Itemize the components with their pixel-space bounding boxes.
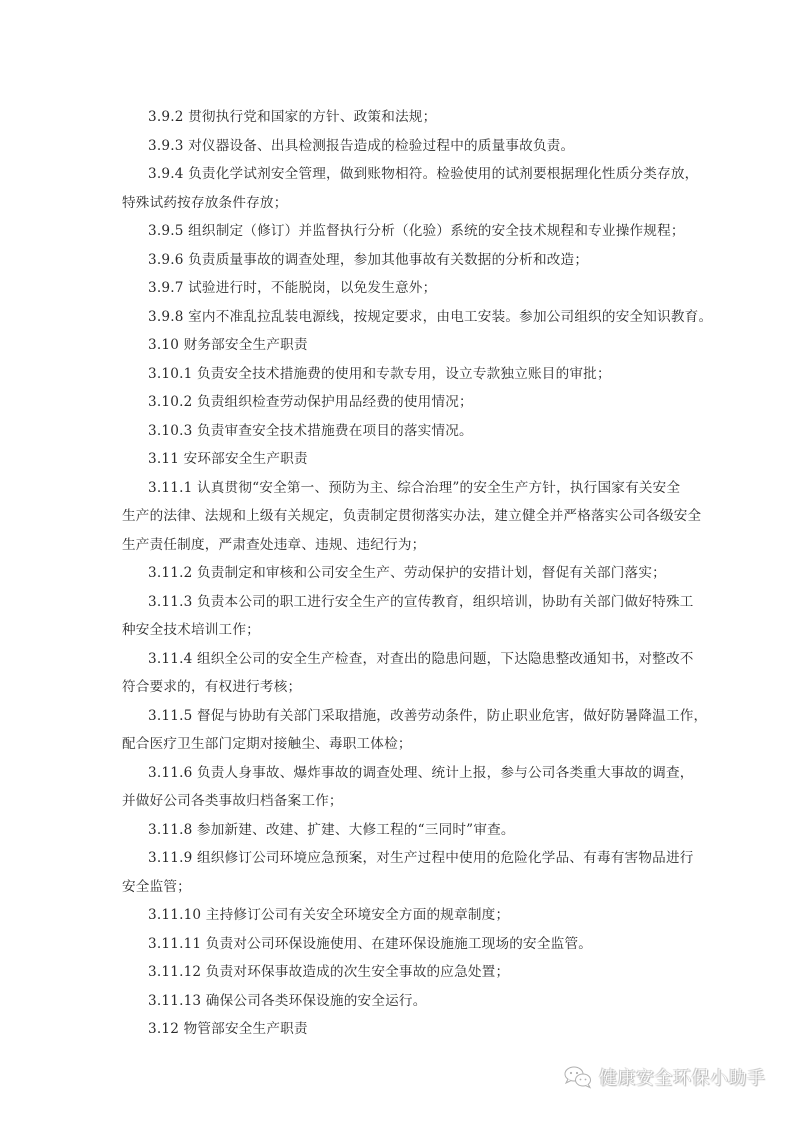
- doc-line-3-9-6: 3.9.6 负责质量事故的调查处理，参加其他事故有关数据的分析和改造；: [122, 246, 678, 275]
- wechat-icon: [563, 1065, 593, 1089]
- section-heading-3-11: 3.11 安环部安全生产职责: [122, 445, 678, 474]
- doc-line-3-11-4-cont: 符合要求的，有权进行考核；: [122, 673, 678, 702]
- doc-line-3-10-1: 3.10.1 负责安全技术措施费的使用和专款专用，设立专款独立账目的审批；: [122, 360, 678, 389]
- doc-line-3-11-1-cont-2: 生产责任制度，严肃查处违章、违规、违纪行为；: [122, 531, 678, 560]
- doc-line-3-9-7: 3.9.7 试验进行时，不能脱岗，以免发生意外；: [122, 274, 678, 303]
- document-page: 3.9.2 贯彻执行党和国家的方针、政策和法规； 3.9.3 对仪器设备、出具检…: [122, 103, 678, 1044]
- doc-line-3-11-9: 3.11.9 组织修订公司环境应急预案，对生产过程中使用的危险化学品、有毒有害物…: [122, 844, 678, 873]
- doc-line-3-11-6-cont: 并做好公司各类事故归档备案工作；: [122, 787, 678, 816]
- watermark-text: 健康安全环保小助手: [599, 1064, 766, 1090]
- doc-line-3-11-5-cont: 配合医疗卫生部门定期对接触尘、毒职工体检；: [122, 730, 678, 759]
- doc-line-3-11-3: 3.11.3 负责本公司的职工进行安全生产的宣传教育，组织培训，协助有关部门做好…: [122, 588, 678, 617]
- doc-line-3-11-1-cont-1: 生产的法律、法规和上级有关规定，负责制定贯彻落实办法，建立健全并严格落实公司各级…: [122, 502, 678, 531]
- doc-line-3-11-4: 3.11.4 组织全公司的安全生产检查，对查出的隐患问题，下达隐患整改通知书，对…: [122, 645, 678, 674]
- doc-line-3-11-1: 3.11.1 认真贯彻“安全第一、预防为主、综合治理”的安全生产方针，执行国家有…: [122, 474, 678, 503]
- section-heading-3-10: 3.10 财务部安全生产职责: [122, 331, 678, 360]
- doc-line-3-11-9-cont: 安全监管；: [122, 873, 678, 902]
- doc-line-3-11-10: 3.11.10 主持修订公司有关安全环境安全方面的规章制度；: [122, 901, 678, 930]
- doc-line-3-9-2: 3.9.2 贯彻执行党和国家的方针、政策和法规；: [122, 103, 678, 132]
- doc-line-3-9-5: 3.9.5 组织制定（修订）并监督执行分析（化验）系统的安全技术规程和专业操作规…: [122, 217, 678, 246]
- doc-line-3-11-3-cont: 种安全技术培训工作；: [122, 616, 678, 645]
- doc-line-3-9-8: 3.9.8 室内不准乱拉乱装电源线，按规定要求，由电工安装。参加公司组织的安全知…: [122, 303, 678, 332]
- doc-line-3-11-13: 3.11.13 确保公司各类环保设施的安全运行。: [122, 987, 678, 1016]
- doc-line-3-11-8: 3.11.8 参加新建、改建、扩建、大修工程的“三同时”审查。: [122, 816, 678, 845]
- doc-line-3-9-4-cont: 特殊试药按存放条件存放；: [122, 189, 678, 218]
- doc-line-3-10-3: 3.10.3 负责审查安全技术措施费在项目的落实情况。: [122, 417, 678, 446]
- doc-line-3-11-11: 3.11.11 负责对公司环保设施使用、在建环保设施施工现场的安全监管。: [122, 930, 678, 959]
- doc-line-3-9-3: 3.9.3 对仪器设备、出具检测报告造成的检验过程中的质量事故负责。: [122, 132, 678, 161]
- section-heading-3-12: 3.12 物管部安全生产职责: [122, 1015, 678, 1044]
- doc-line-3-11-12: 3.11.12 负责对环保事故造成的次生安全事故的应急处置；: [122, 958, 678, 987]
- doc-line-3-11-2: 3.11.2 负责制定和审核和公司安全生产、劳动保护的安措计划，督促有关部门落实…: [122, 559, 678, 588]
- watermark: 健康安全环保小助手: [563, 1064, 766, 1090]
- doc-line-3-11-6: 3.11.6 负责人身事故、爆炸事故的调查处理、统计上报，参与公司各类重大事故的…: [122, 759, 678, 788]
- doc-line-3-10-2: 3.10.2 负责组织检查劳动保护用品经费的使用情况；: [122, 388, 678, 417]
- doc-line-3-9-4: 3.9.4 负责化学试剂安全管理，做到账物相符。检验使用的试剂要根据理化性质分类…: [122, 160, 678, 189]
- doc-line-3-11-5: 3.11.5 督促与协助有关部门采取措施，改善劳动条件，防止职业危害，做好防暑降…: [122, 702, 678, 731]
